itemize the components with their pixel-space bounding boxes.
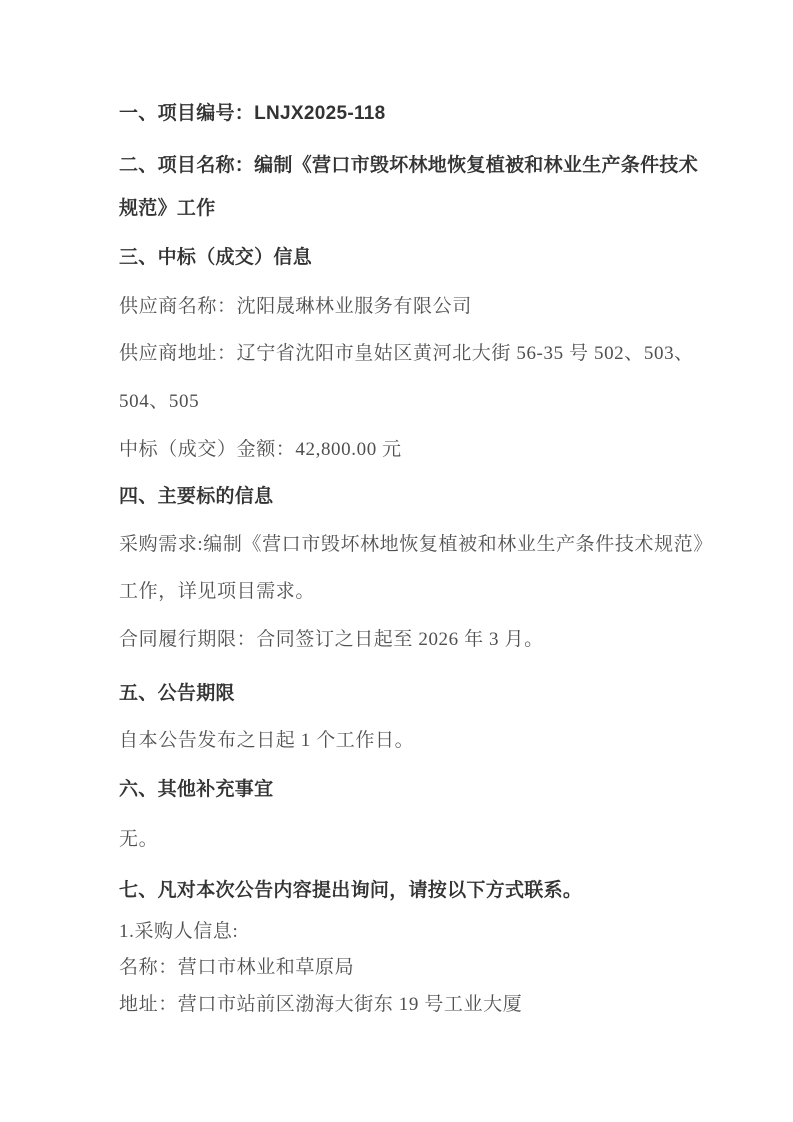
- body-text-line: 工作，详见项目需求。: [119, 581, 315, 604]
- body-text-line: 合同履行期限：合同签订之日起至 2026 年 3 月。: [119, 629, 544, 652]
- body-text-line: 供应商名称：沈阳晟琳林业服务有限公司: [119, 296, 472, 319]
- body-text-line: 504、505: [119, 391, 199, 414]
- body-text-line: 地址：营口市站前区渤海大街东 19 号工业大厦: [119, 994, 522, 1017]
- document-page: 一、项目编号：LNJX2025-118二、项目名称：编制《营口市毁坏林地恢复植被…: [0, 0, 793, 1122]
- section-heading-line: 规范》工作: [119, 198, 216, 221]
- section-heading-line: 一、项目编号：LNJX2025-118: [119, 103, 386, 126]
- body-text-line: 中标（成交）金额：42,800.00 元: [119, 439, 402, 462]
- body-text-line: 供应商地址：辽宁省沈阳市皇姑区黄河北大街 56-35 号 502、503、: [119, 343, 694, 366]
- section-heading-line: 五、公告期限: [119, 683, 235, 706]
- body-text-line: 采购需求:编制《营口市毁坏林地恢复植被和林业生产条件技术规范》: [119, 534, 713, 557]
- section-heading-line: 六、其他补充事宜: [119, 779, 273, 802]
- section-heading-line: 四、主要标的信息: [119, 486, 273, 509]
- body-text-line: 名称：营口市林业和草原局: [119, 957, 354, 980]
- body-text-line: 自本公告发布之日起 1 个工作日。: [119, 730, 414, 753]
- section-heading-line: 七、凡对本次公告内容提出询问，请按以下方式联系。: [119, 880, 582, 903]
- body-text-line: 1.采购人信息:: [119, 921, 238, 944]
- section-heading-line: 二、项目名称：编制《营口市毁坏林地恢复植被和林业生产条件技术: [119, 155, 698, 178]
- section-heading-line: 三、中标（成交）信息: [119, 247, 312, 270]
- body-text-line: 无。: [119, 829, 158, 852]
